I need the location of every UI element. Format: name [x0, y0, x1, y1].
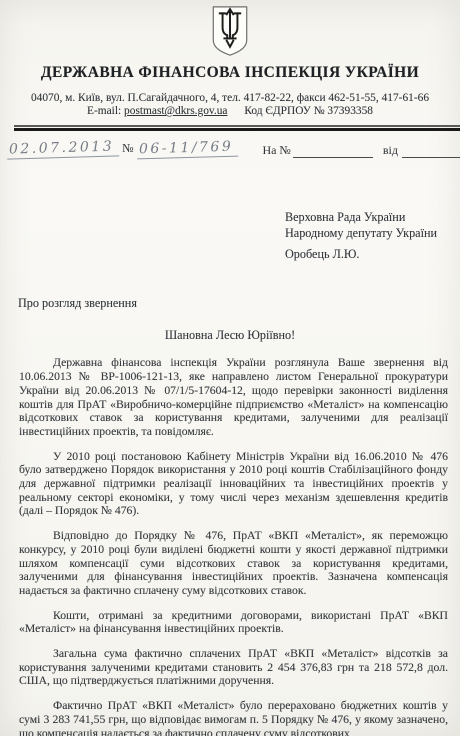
email-link: postmast@dkrs.gov.ua [124, 105, 227, 117]
handwritten-date: 02.07.2013 [7, 138, 120, 159]
incoming-reference: На №від [262, 143, 460, 158]
body-paragraph: Кошти, отримані за кредитними договорами… [19, 609, 448, 636]
recipient-institution: Верховна Рада України [285, 210, 460, 226]
scanned-letter-page: ДЕРЖАВНА ФІНАНСОВА ІНСПЕКЦІЯ УКРАЇНИ 040… [0, 0, 460, 736]
org-contacts-line: E-mail: postmast@dkrs.gov.ua Код ЄДРПОУ … [0, 105, 460, 117]
body-paragraph: У 2010 році постановою Кабінету Міністрі… [19, 450, 448, 519]
edrpou-code: Код ЄДРПОУ № 37393358 [244, 105, 373, 117]
outgoing-reference: 02.07.2013№06-11/769 [7, 140, 238, 158]
ukraine-trident-shield-icon [209, 5, 251, 57]
recipient-name: Оробець Л.Ю. [285, 247, 460, 263]
recipient-block: Верховна Рада України Народному депутату… [0, 210, 460, 262]
from-blank-field [402, 145, 460, 158]
on-number-label: На № [262, 143, 290, 157]
email-label: E-mail: [87, 105, 121, 117]
subject-line: Про розгляд звернення [0, 296, 460, 311]
org-name: ДЕРЖАВНА ФІНАНСОВА ІНСПЕКЦІЯ УКРАЇНИ [0, 64, 460, 82]
org-address-line: 04070, м. Київ, вул. П.Сагайдачного, 4, … [0, 92, 460, 104]
number-sign: № [122, 141, 133, 155]
body-paragraph: Державна фінансова інспекція України роз… [19, 356, 448, 438]
body-paragraph: Загальна сума фактично сплачених ПрАТ «В… [19, 647, 448, 688]
salutation: Шановна Лесю Юріївно! [0, 328, 460, 343]
body-paragraph: Відповідно до Порядку № 476, ПрАТ «ВКП «… [19, 529, 448, 598]
recipient-role: Народному депутату України [285, 226, 460, 242]
reference-row: 02.07.2013№06-11/769 На №від [0, 140, 460, 166]
from-label: від [383, 143, 398, 157]
handwritten-number: 06-11/769 [136, 139, 238, 160]
body-paragraph: Фактично ПрАТ «ВКП «Металіст» було перер… [19, 699, 448, 736]
header-divider [14, 125, 460, 131]
on-number-blank-field [293, 145, 373, 158]
letter-body: Державна фінансова інспекція України роз… [0, 343, 460, 736]
